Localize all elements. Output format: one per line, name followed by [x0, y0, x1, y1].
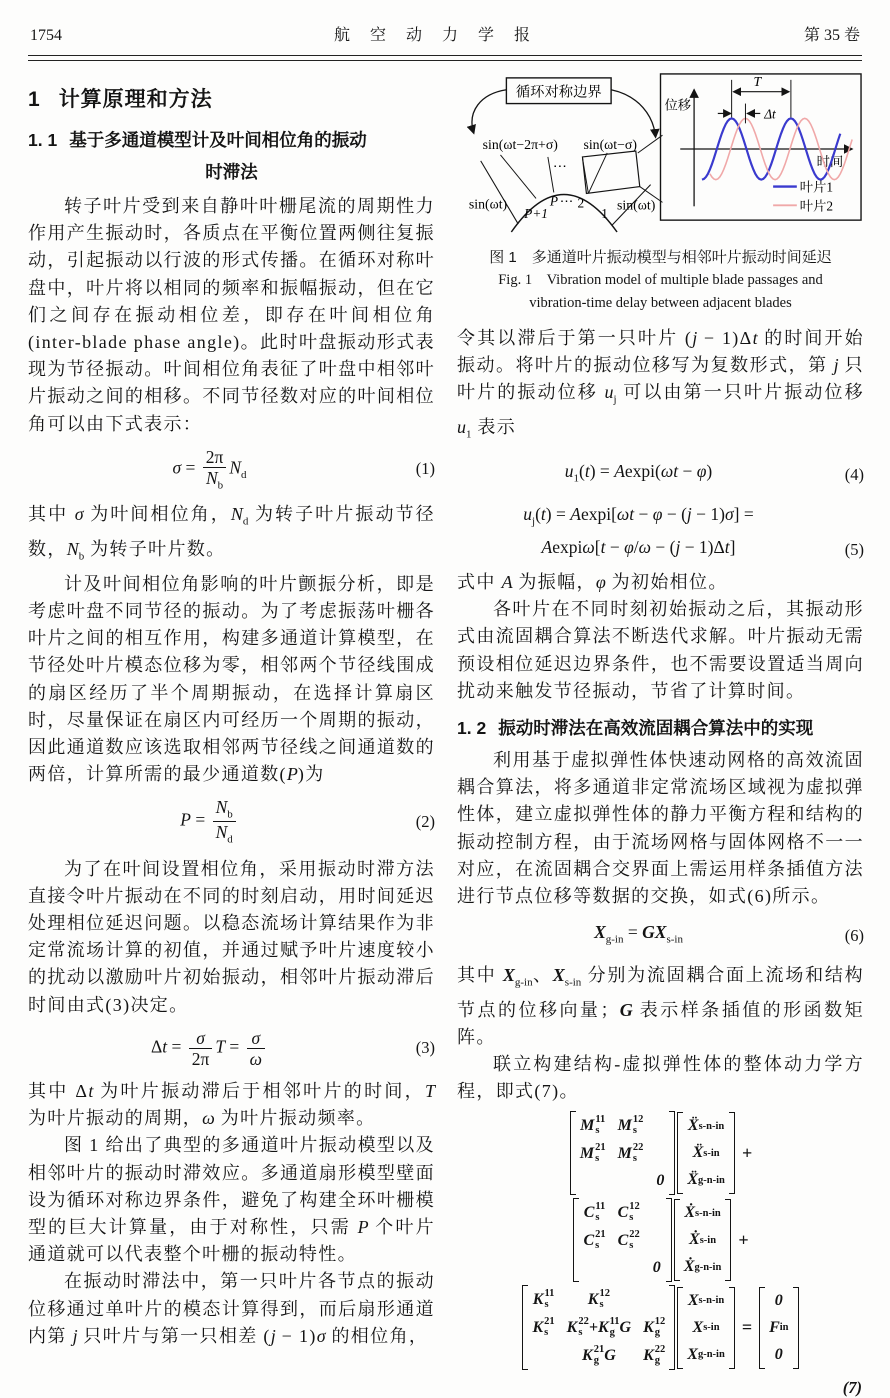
- equation-5-body: uj(t) = Aexpi[ωt − φ − (j − 1)σ] = Aexpi…: [457, 501, 820, 561]
- matrix-cell: [652, 1203, 662, 1223]
- dots-upper: ⋯: [553, 159, 567, 174]
- hub-label-p1: P+1: [523, 206, 548, 221]
- matrix-cell: K11s: [533, 1289, 555, 1310]
- vector-cell: Ẍs-n-in: [688, 1116, 724, 1136]
- equation-2: P = NbNd (2): [28, 797, 435, 846]
- figure-1-caption-en2: vibration-time delay between adjacent bl…: [457, 292, 864, 315]
- journal-page: 1754 航 空 动 力 学 报 第 35 卷 1计算原理和方法 1. 1基于多…: [0, 0, 890, 1398]
- velocity-vector: Ẋs-n-in Ẋs-in Ẋg-n-in: [674, 1199, 732, 1281]
- matrix-cell: K21gG: [582, 1345, 616, 1366]
- section-1-1-number: 1. 1: [28, 130, 57, 150]
- equation-5-line1: uj(t) = Aexpi[ωt − φ − (j − 1)σ] =: [457, 501, 820, 535]
- period-label: T: [753, 74, 762, 89]
- hub-label-p: P: [549, 193, 558, 208]
- matrix-cell: [649, 1290, 659, 1310]
- matrix-cell: [590, 1258, 600, 1278]
- matrix-cell: K22s + K11gG: [567, 1317, 631, 1338]
- section-1-2-number: 1. 2: [457, 718, 486, 738]
- blade-line: [500, 155, 536, 198]
- section-1-1-title-line2: 时滞法: [28, 159, 435, 185]
- damping-matrix: C11s C12s C21s C22s 0: [573, 1198, 671, 1282]
- section-1-2-title: 振动时滞法在高效流固耦合算法中的实现: [498, 718, 813, 738]
- equation-1-number: (1): [391, 459, 435, 479]
- equation-5: uj(t) = Aexpi[ωt − φ − (j − 1)σ] = Aexpi…: [457, 501, 864, 561]
- equation-3-number: (3): [391, 1038, 435, 1058]
- accel-vector: Ẍs-n-in Ẍs-in Ẍg-n-in: [677, 1112, 735, 1194]
- hub-label-2: 2: [578, 195, 585, 210]
- paragraph: 为了在叶间设置相位角，采用振动时滞方法直接令叶片振动在不同的时刻启动，用时间延迟…: [28, 856, 435, 1019]
- delay-label: Δt: [763, 106, 776, 121]
- page-number: 1754: [30, 27, 62, 45]
- matrix-cell: [655, 1116, 665, 1136]
- displacement-vector: Xs-n-in Xs-in Xg-n-in: [677, 1287, 735, 1369]
- paragraph: 计及叶间相位角影响的叶片颤振分析，即是考虑叶盘不同节径的振动。为了考虑振荡叶栅各…: [28, 571, 435, 789]
- equation-7-stiffness-term: K11s K12s K21s K22s + K11gG K12g K21gG K…: [457, 1285, 864, 1370]
- equation-6-body: Xg-in = GXs-in: [457, 919, 820, 953]
- equation-6: Xg-in = GXs-in (6): [457, 919, 864, 953]
- matrix-cell: [652, 1231, 662, 1251]
- vector-cell: Ẍg-n-in: [687, 1170, 725, 1190]
- vector-cell: Xg-n-in: [687, 1345, 725, 1365]
- legend-label-blade1: 叶片1: [800, 178, 833, 194]
- vector-cell: Xs-in: [693, 1318, 720, 1338]
- equation-4-body: u1(t) = Aexpi(ωt − φ): [457, 458, 820, 492]
- equation-6-number: (6): [820, 926, 864, 946]
- paragraph: 其中 σ 为叶间相位角，Nd 为转子叶片振动节径数，Nb 为转子叶片数。: [28, 501, 435, 571]
- vector-cell: Xs-n-in: [688, 1291, 724, 1311]
- paragraph: 令其以滞后于第一只叶片 (j − 1)Δt 的时间开始振动。将叶片的振动位移写为…: [457, 325, 864, 449]
- matrix-cell: C11s: [584, 1202, 606, 1223]
- figure-1-caption-en1: Fig. 1 Vibration model of multiple blade…: [457, 269, 864, 292]
- equation-2-number: (2): [391, 812, 435, 832]
- equation-7-mass-term: M11s M12s M21s M22s 0 Ẍs-n-in Ẍs-in Ẍg-n…: [457, 1111, 864, 1195]
- header-rule: [28, 55, 862, 61]
- sin-left-label: sin(ωt): [469, 196, 507, 212]
- figure-1-diagram: 循环对称边界 sin(ωt−2π+σ) sin(ωt−σ) ⋯: [457, 65, 864, 235]
- paragraph: 各叶片在不同时刻初始振动之后，其振动形式由流固耦合算法不断迭代求解。叶片振动无需…: [457, 596, 864, 705]
- journal-title: 航 空 动 力 学 报: [334, 22, 532, 45]
- section-1-heading: 1计算原理和方法: [28, 83, 435, 113]
- matrix-cell: C12s: [618, 1202, 640, 1223]
- page-header: 1754 航 空 动 力 学 报 第 35 卷: [28, 18, 862, 55]
- left-column: 1计算原理和方法 1. 1基于多通道模型计及叶间相位角的振动 时滞法 转子叶片受…: [28, 65, 435, 1398]
- vector-cell: Ẋs-in: [689, 1230, 716, 1250]
- paragraph: 利用基于虚拟弹性体快速动网格的高效流固耦合算法，将多通道非定常流场区域视为虚拟弹…: [457, 747, 864, 910]
- figure-1-caption: 图 1 多通道叶片振动模型与相邻叶片振动时间延迟 Fig. 1 Vibratio…: [457, 246, 864, 315]
- equals-operator: =: [742, 1317, 752, 1338]
- cyclic-boundary-label: 循环对称边界: [516, 84, 602, 101]
- matrix-cell: 0: [652, 1258, 662, 1278]
- y-axis-label: 位移: [664, 97, 691, 112]
- vector-cell: Fin: [769, 1318, 788, 1338]
- zoom-link-line: [638, 135, 663, 153]
- sin-right-label: sin(ωt): [617, 197, 655, 213]
- vector-cell: Ẋs-n-in: [684, 1203, 720, 1223]
- hub-dots: ⋯: [560, 193, 573, 208]
- plus-operator: +: [738, 1230, 748, 1251]
- matrix-cell: M22s: [618, 1143, 644, 1164]
- matrix-cell: C22s: [618, 1230, 640, 1251]
- matrix-cell: K21s: [532, 1317, 554, 1338]
- paragraph: 联立构建结构-虚拟弹性体的整体动力学方程，即式(7)。: [457, 1051, 864, 1105]
- vector-cell: Ẋg-n-in: [684, 1257, 722, 1277]
- matrix-cell: [588, 1171, 598, 1191]
- vector-cell: 0: [774, 1291, 784, 1311]
- matrix-cell: M12s: [618, 1115, 644, 1136]
- boundary-arrow-right: [611, 90, 655, 137]
- matrix-cell: K12s: [588, 1289, 610, 1310]
- figure-1: 循环对称边界 sin(ωt−2π+σ) sin(ωt−σ) ⋯: [457, 65, 864, 240]
- matrix-cell: [625, 1171, 635, 1191]
- equation-3: Δt = σ2πT = σω (3): [28, 1028, 435, 1069]
- blade-line: [588, 153, 607, 194]
- vector-cell: Ẍs-in: [693, 1143, 720, 1163]
- equation-1-body: σ = 2πNbNd: [28, 447, 391, 492]
- matrix-cell: [539, 1346, 549, 1366]
- matrix-cell: M11s: [580, 1115, 605, 1136]
- stiffness-matrix: K11s K12s K21s K22s + K11gG K12g K21gG K…: [522, 1285, 675, 1370]
- matrix-cell: M21s: [580, 1143, 606, 1164]
- matrix-cell: K22g: [643, 1345, 665, 1366]
- paragraph: 其中 Δt 为叶片振动滞后于相邻叶片的时间，T 为叶片振动的周期，ω 为叶片振动…: [28, 1078, 435, 1132]
- sin-2pi-label: sin(ωt−2π+σ): [483, 137, 558, 153]
- volume-label: 第 35 卷: [804, 22, 860, 45]
- equation-7-number: (7): [457, 1378, 864, 1398]
- section-1-1-title-line1: 基于多通道模型计及叶间相位角的振动: [69, 130, 367, 150]
- equation-5-number: (5): [820, 540, 864, 560]
- plus-operator: +: [742, 1143, 752, 1164]
- figure-1-caption-cn: 图 1 多通道叶片振动模型与相邻叶片振动时间延迟: [457, 246, 864, 269]
- section-1-title: 计算原理和方法: [59, 88, 213, 111]
- matrix-cell: K12g: [643, 1317, 665, 1338]
- equation-3-body: Δt = σ2πT = σω: [28, 1028, 391, 1069]
- boundary-arrow-left: [472, 90, 506, 133]
- equation-7: M11s M12s M21s M22s 0 Ẍs-n-in Ẍs-in Ẍg-n…: [457, 1111, 864, 1398]
- section-1-1-heading: 1. 1基于多通道模型计及叶间相位角的振动: [28, 127, 435, 153]
- legend-label-blade2: 叶片2: [800, 197, 833, 213]
- paragraph: 式中 A 为振幅，φ 为初始相位。: [457, 569, 864, 596]
- paragraph: 在振动时滞法中，第一只叶片各节点的振动位移通过单叶片的模态计算得到，而后扇形通道…: [28, 1268, 435, 1350]
- matrix-cell: C21s: [583, 1230, 605, 1251]
- right-column: 循环对称边界 sin(ωt−2π+σ) sin(ωt−σ) ⋯: [457, 65, 864, 1398]
- equation-7-damping-term: C11s C12s C21s C22s 0 Ẋs-n-in Ẋs-in Ẋg-n…: [457, 1198, 864, 1282]
- equation-4: u1(t) = Aexpi(ωt − φ) (4): [457, 458, 864, 492]
- section-1-2-heading: 1. 2振动时滞法在高效流固耦合算法中的实现: [457, 715, 864, 741]
- equation-4-number: (4): [820, 465, 864, 485]
- equation-1: σ = 2πNbNd (1): [28, 447, 435, 492]
- matrix-cell: [624, 1258, 634, 1278]
- force-vector: 0 Fin 0: [759, 1287, 798, 1369]
- paragraph: 其中 Xg-in、Xs-in 分别为流固耦合面上流场和结构节点的位移向量；G 表…: [457, 962, 864, 1051]
- paragraph: 转子叶片受到来自静叶叶栅尾流的周期性力作用产生振动时，各质点在平衡位置两侧往复振…: [28, 193, 435, 438]
- mass-matrix: M11s M12s M21s M22s 0: [570, 1111, 675, 1195]
- section-1-number: 1: [28, 88, 41, 111]
- equation-2-body: P = NbNd: [28, 797, 391, 846]
- hub-label-1: 1: [601, 206, 608, 221]
- matrix-cell: [655, 1144, 665, 1164]
- sin-sigma-label: sin(ωt−σ): [583, 137, 637, 153]
- vector-cell: 0: [774, 1345, 784, 1365]
- equation-5-line2: Aexpiω[t − φ/ω − (j − 1)Δt]: [457, 534, 820, 560]
- two-column-body: 1计算原理和方法 1. 1基于多通道模型计及叶间相位角的振动 时滞法 转子叶片受…: [28, 65, 862, 1398]
- paragraph: 图 1 给出了典型的多通道叶片振动模型以及相邻叶片的振动时滞效应。多通道扇形模型…: [28, 1132, 435, 1268]
- matrix-cell: 0: [655, 1171, 665, 1191]
